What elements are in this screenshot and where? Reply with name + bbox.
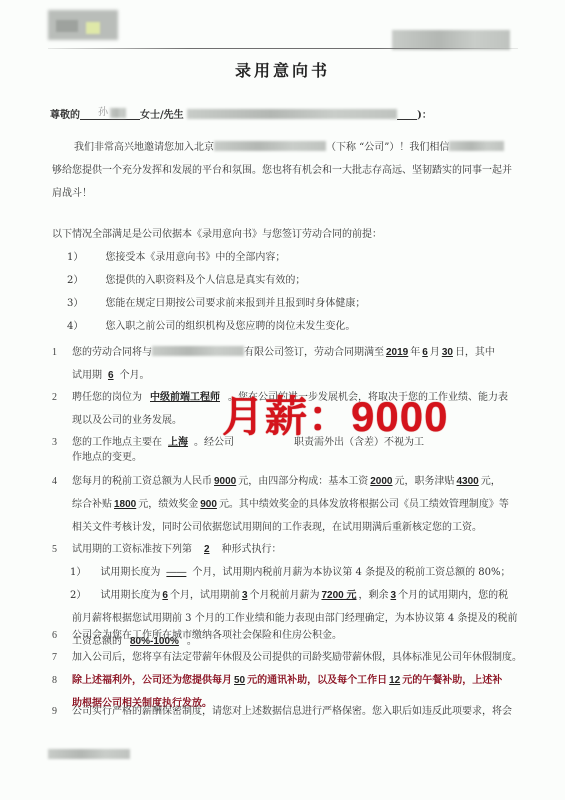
clause-2-line-2: 现以及公司的业务发展。 bbox=[72, 414, 182, 428]
clause-1-line-2: 试用期6个月。 bbox=[72, 369, 150, 383]
premise-item-1: 1）您接受本《录用意向书》中的全部内容； bbox=[67, 251, 285, 265]
clause-3-line-2: 作地点的变更。 bbox=[72, 451, 142, 465]
header-text-blurred bbox=[392, 30, 510, 50]
clause-4-line-1: 您每月的税前工资总额为人民币9000元，由四部分构成：基本工资2000元，职务津… bbox=[72, 475, 501, 489]
clause-8-line-1: 除上述福利外，公司还为您提供每月50元的通讯补助，以及每个工作日12元的午餐补助… bbox=[72, 674, 502, 688]
clause-5-sub-2-line-2: 前月薪将根据您试用期前 3 个月的工作业绩和能力表现由部门经理确定，为本协议第 … bbox=[72, 612, 517, 626]
clause-5-number: 5 bbox=[52, 544, 57, 555]
intro-line-2: 够给您提供一个充分发挥和发展的平台和氛围。您也将有机会和一大批志存高远、坚韧踏实… bbox=[52, 164, 512, 178]
offer-letter-page: 录用意向书 尊敬的孙女士/先生 )： 我们非常高兴地邀请您加入北京（下称 “公司… bbox=[0, 0, 565, 800]
clause-2-number: 2 bbox=[52, 392, 57, 403]
salutation: 尊敬的孙女士/先生 )： bbox=[50, 108, 432, 123]
clause-5-sub-1: 1）试用期长度为——个月，试用期内税前月薪为本协议第 4 条提及的税前工资总额的… bbox=[70, 566, 511, 580]
salary-overlay-text: 月薪：9000 bbox=[222, 393, 448, 441]
clause-1-line-1: 您的劳动合同将与有限公司签订，劳动合同期满至2019年6月30日，其中 bbox=[72, 346, 495, 360]
footer-text-blurred bbox=[48, 749, 130, 759]
clause-9-number: 9 bbox=[52, 706, 57, 717]
clause-6-number: 6 bbox=[52, 630, 57, 641]
clause-3-number: 3 bbox=[52, 437, 57, 448]
premise-item-4: 4）您入职之前公司的组织机构及您应聘的岗位未发生变化。 bbox=[67, 320, 355, 334]
clause-9-text: 公司实行严格的薪酬保密制度，请您对上述数据信息进行严格保密。您入职后如违反此项要… bbox=[72, 705, 512, 719]
premise-heading: 以下情况全部满足是公司依据本《录用意向书》与您签订劳动合同的前提： bbox=[52, 228, 382, 242]
clause-5-sub-2-line-1: 2）试用期长度为6个月，试用期前3个月税前月薪为7200 元，剩余3个月的试用期… bbox=[70, 589, 508, 603]
clause-7-text: 加入公司后，您将享有法定带薪年休假及公司提供的司龄奖励带薪休假，具体标准见公司年… bbox=[72, 651, 522, 665]
header-divider bbox=[48, 48, 518, 49]
premise-item-2: 2）您提供的入职资料及个人信息是真实有效的； bbox=[67, 274, 305, 288]
clause-8-number: 8 bbox=[52, 675, 57, 686]
company-logo-blurred bbox=[48, 10, 120, 40]
document-title: 录用意向书 bbox=[0, 58, 565, 81]
position-value: 中级前端工程师 bbox=[142, 392, 228, 403]
clause-4-line-3: 相关文件考核计发，同时公司依据您试用期间的工作表现，在试用期满后重新核定您的工资… bbox=[72, 521, 482, 535]
clause-6-text: 公司会为您在工作所在城市缴纳各项社会保险和住房公积金。 bbox=[72, 629, 342, 643]
intro-line-3: 肩战斗！ bbox=[52, 187, 92, 201]
clause-5-line-1: 试用期的工资标准按下列第2种形式执行： bbox=[72, 543, 282, 557]
clause-4-line-2: 综合补贴1800元，绩效奖金900元。其中绩效奖金的具体发放将根据公司《员工绩效… bbox=[72, 498, 509, 512]
intro-line-1: 我们非常高兴地邀请您加入北京（下称 “公司”）！我们相信 bbox=[74, 141, 504, 155]
clause-7-number: 7 bbox=[52, 652, 57, 663]
premise-item-3: 3）您能在规定日期按公司要求前来报到并且报到时身体健康； bbox=[67, 297, 365, 311]
clause-4-number: 4 bbox=[52, 476, 57, 487]
clause-1-number: 1 bbox=[52, 347, 57, 358]
